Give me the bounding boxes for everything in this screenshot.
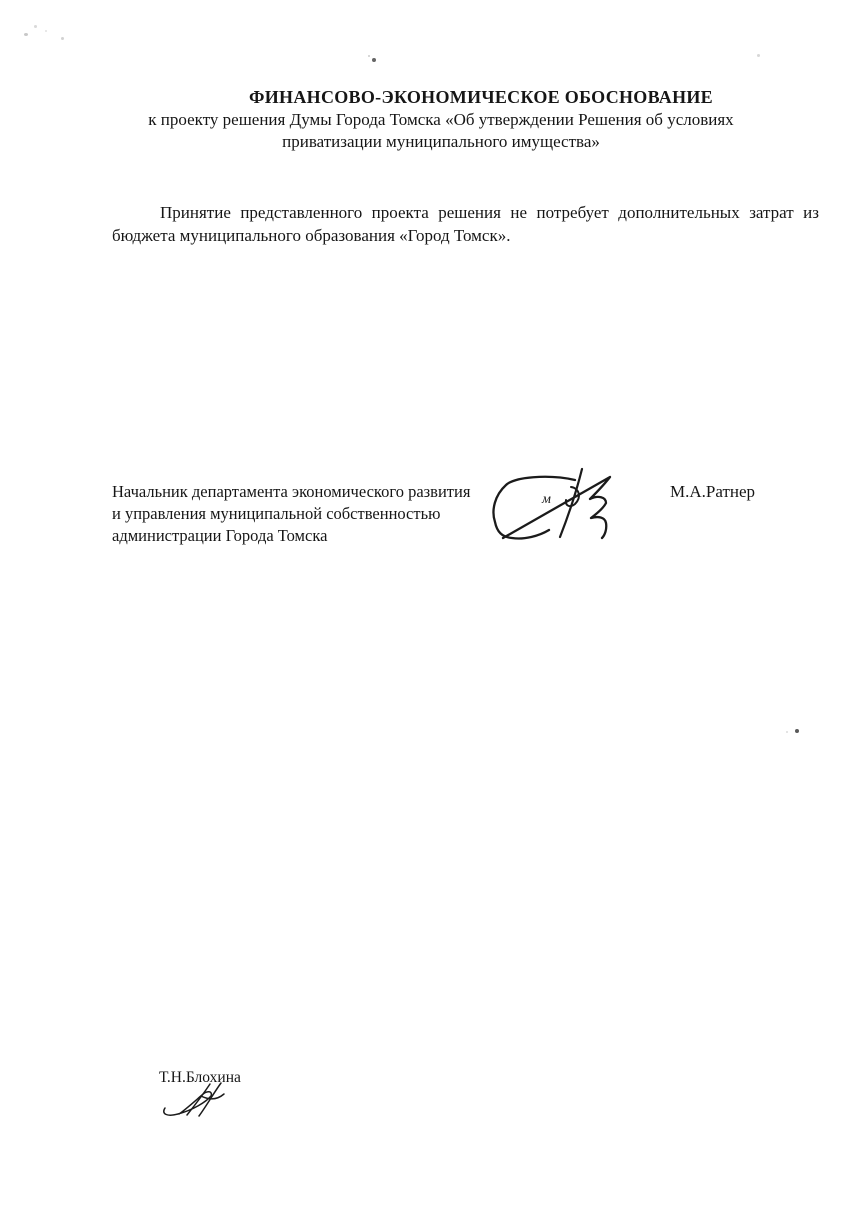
scan-speck <box>786 731 788 733</box>
scan-speck <box>368 55 370 57</box>
document-subtitle: к проекту решения Думы Города Томска «Об… <box>56 109 826 153</box>
document-subtitle-line1: к проекту решения Думы Города Томска «Об… <box>148 110 733 129</box>
signature-letter: м <box>541 492 551 507</box>
scan-speck <box>61 37 64 40</box>
blokhina-signature <box>158 1081 238 1121</box>
signatory-position-line3: администрации Города Томска <box>112 526 327 545</box>
document-title: ФИНАНСОВО-ЭКОНОМИЧЕСКОЕ ОБОСНОВАНИЕ <box>112 86 850 108</box>
scan-speck <box>757 54 760 57</box>
scanned-document-page: ФИНАНСОВО-ЭКОНОМИЧЕСКОЕ ОБОСНОВАНИЕ к пр… <box>0 0 850 1207</box>
scan-speck <box>34 25 37 28</box>
scan-speck <box>372 58 376 62</box>
scan-speck <box>45 30 47 32</box>
signatory-position-line2: и управления муниципальной собственность… <box>112 504 440 523</box>
document-subtitle-line2: приватизации муниципального имущества» <box>282 132 600 151</box>
ratner-signature: м <box>486 456 621 548</box>
scan-speck <box>24 33 28 36</box>
scan-speck <box>795 729 799 733</box>
body-paragraph: Принятие представленного проекта решения… <box>112 202 819 247</box>
signatory-position: Начальник департамента экономического ра… <box>112 481 512 547</box>
signatory-position-line1: Начальник департамента экономического ра… <box>112 482 470 501</box>
signatory-name: М.А.Ратнер <box>670 482 755 502</box>
